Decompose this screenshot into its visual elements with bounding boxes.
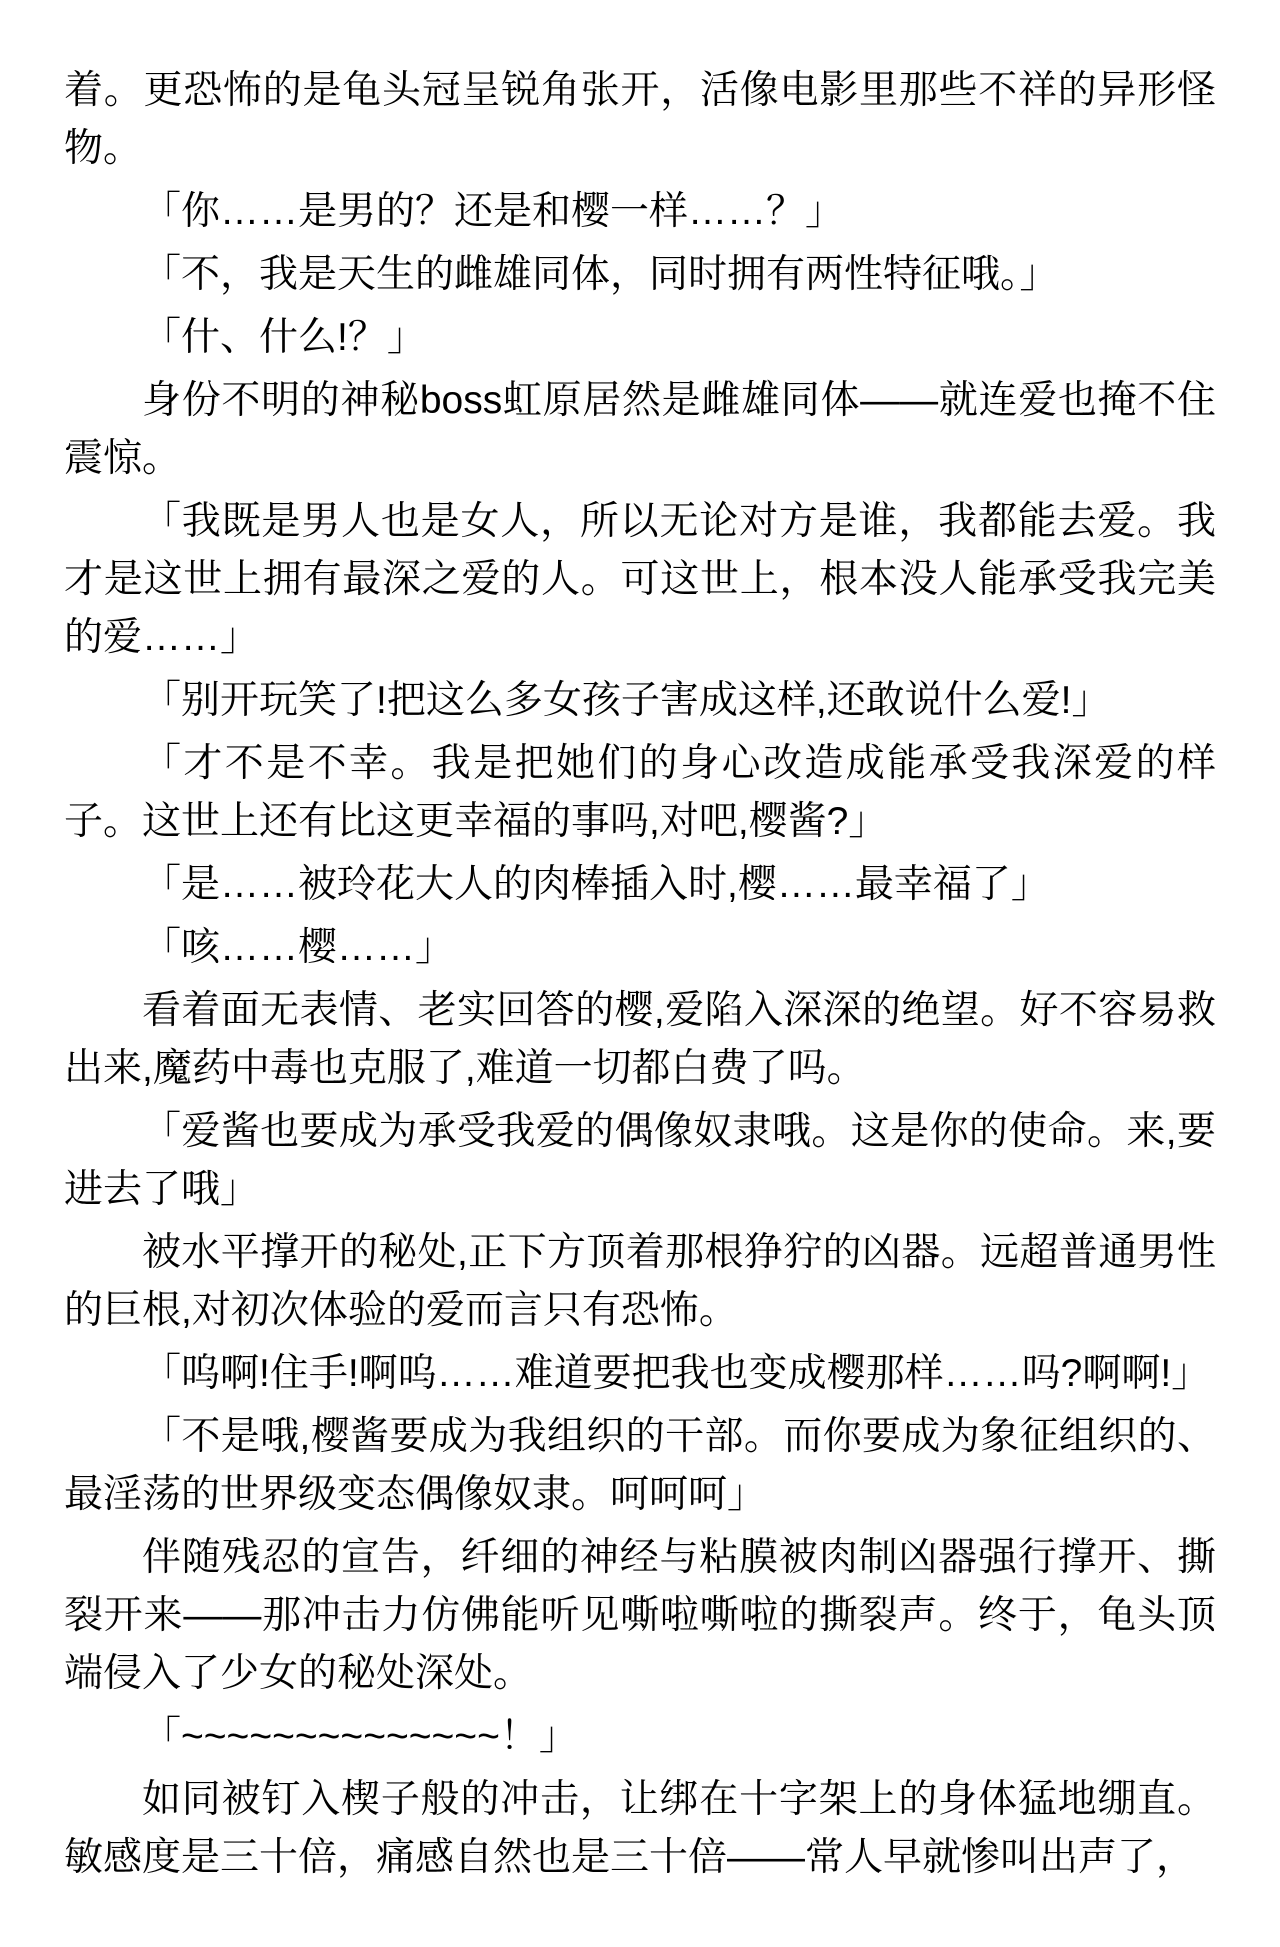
dialogue-paragraph: 「~~~~~~~~~~~~~~！」 xyxy=(64,1708,1216,1766)
narrative-paragraph: 身份不明的神秘boss虹原居然是雌雄同体——就连爱也掩不住震惊。 xyxy=(64,372,1216,488)
narrative-paragraph: 看着面无表情、老实回答的樱,爱陷入深深的绝望。好不容易救出来,魔药中毒也克服了,… xyxy=(64,982,1216,1098)
narrative-paragraph: 被水平撑开的秘处,正下方顶着那根狰狞的凶器。远超普通男性的巨根,对初次体验的爱而… xyxy=(64,1224,1216,1340)
paragraph: 着。更恐怖的是龟头冠呈锐角张开，活像电影里那些不祥的异形怪物。 xyxy=(64,62,1216,178)
dialogue-paragraph: 「咳……樱……」 xyxy=(64,919,1216,977)
dialogue-paragraph: 「不是哦,樱酱要成为我组织的干部。而你要成为象征组织的、最淫荡的世界级变态偶像奴… xyxy=(64,1408,1216,1524)
dialogue-paragraph: 「我既是男人也是女人，所以无论对方是谁，我都能去爱。我才是这世上拥有最深之爱的人… xyxy=(64,493,1216,667)
dialogue-paragraph: 「爱酱也要成为承受我爱的偶像奴隶哦。这是你的使命。来,要进去了哦」 xyxy=(64,1103,1216,1219)
novel-text-page: 着。更恐怖的是龟头冠呈锐角张开，活像电影里那些不祥的异形怪物。 「你……是男的？… xyxy=(0,0,1280,1947)
dialogue-paragraph: 「才不是不幸。我是把她们的身心改造成能承受我深爱的样子。这世上还有比这更幸福的事… xyxy=(64,735,1216,851)
dialogue-paragraph: 「呜啊!住手!啊呜……难道要把我也变成樱那样……吗?啊啊!」 xyxy=(64,1345,1216,1403)
narrative-paragraph: 伴随残忍的宣告，纤细的神经与粘膜被肉制凶器强行撑开、撕裂开来——那冲击力仿佛能听… xyxy=(64,1529,1216,1703)
dialogue-paragraph: 「不，我是天生的雌雄同体，同时拥有两性特征哦。」 xyxy=(64,246,1216,304)
narrative-paragraph: 如同被钉入楔子般的冲击，让绑在十字架上的身体猛地绷直。敏感度是三十倍，痛感自然也… xyxy=(64,1771,1216,1887)
dialogue-paragraph: 「你……是男的？还是和樱一样……？」 xyxy=(64,183,1216,241)
dialogue-paragraph: 「是……被玲花大人的肉棒插入时,樱……最幸福了」 xyxy=(64,856,1216,914)
dialogue-paragraph: 「别开玩笑了!把这么多女孩子害成这样,还敢说什么爱!」 xyxy=(64,672,1216,730)
dialogue-paragraph: 「什、什么!？」 xyxy=(64,309,1216,367)
